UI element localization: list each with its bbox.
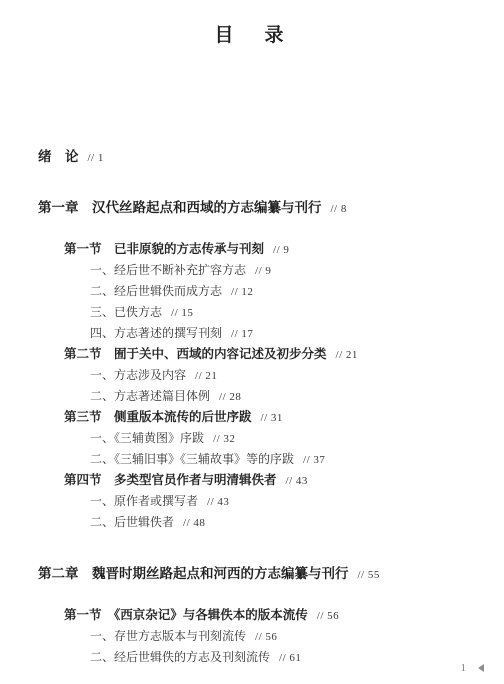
- page-title: 目 录: [0, 0, 504, 47]
- toc-entry-label: 绪 论: [38, 149, 79, 164]
- toc-entry-label: 一、原作者或撰写者: [90, 494, 198, 508]
- toc-entry-section: 第二节 囿于关中、西域的内容记述及初步分类// 21: [64, 347, 504, 362]
- toc-entry-label: 第三节 侧重版本流传的后世序跋: [64, 410, 252, 424]
- toc-entry-item: 一、存世方志版本与刊刻流传// 56: [90, 629, 504, 644]
- toc-entry-label: 一、方志涉及内容: [90, 368, 186, 382]
- toc-page: 目 录 绪 论// 1第一章 汉代丝路起点和西域的方志编纂与刊行// 8第一节 …: [0, 0, 504, 684]
- toc-list: 绪 论// 1第一章 汉代丝路起点和西域的方志编纂与刊行// 8第一节 已非原貌…: [0, 149, 504, 665]
- toc-entry-label: 一、存世方志版本与刊刻流传: [90, 629, 246, 643]
- toc-entry-label: 二、经后世辑佚而成方志: [90, 284, 222, 298]
- toc-entry-page-number: // 8: [331, 203, 347, 215]
- toc-entry-page-number: // 43: [286, 475, 308, 487]
- toc-entry-item: 一、方志涉及内容// 21: [90, 368, 504, 383]
- toc-entry-item: 四、方志著述的撰写刊刻// 17: [90, 326, 504, 341]
- toc-entry-label: 二、后世辑佚者: [90, 515, 174, 529]
- toc-entry-page-number: // 37: [303, 454, 325, 466]
- toc-entry-chapter: 绪 论// 1: [38, 149, 504, 164]
- toc-entry-page-number: // 9: [255, 265, 271, 277]
- folio-page-number: 1: [461, 662, 467, 674]
- toc-entry-label: 第一节 《西京杂记》与各辑佚本的版本流传: [64, 608, 308, 622]
- toc-entry-label: 三、已佚方志: [90, 305, 162, 319]
- toc-entry-item: 二、方志著述篇目体例// 28: [90, 389, 504, 404]
- toc-entry-page-number: // 15: [171, 307, 193, 319]
- toc-entry-page-number: // 21: [336, 349, 358, 361]
- toc-entry-item: 二、《三辅旧事》《三辅故事》等的序跋// 37: [90, 452, 504, 467]
- toc-entry-item: 一、经后世不断补充扩容方志// 9: [90, 263, 504, 278]
- toc-entry-label: 第二章 魏晋时期丝路起点和河西的方志编纂与刊行: [38, 566, 349, 581]
- toc-entry-item: 一、《三辅黄图》序跋// 32: [90, 431, 504, 446]
- toc-entry-page-number: // 9: [273, 244, 289, 256]
- toc-entry-label: 第一节 已非原貌的方志传承与刊刻: [64, 242, 264, 256]
- toc-entry-page-number: // 61: [279, 652, 301, 664]
- toc-entry-label: 一、《三辅黄图》序跋: [90, 431, 204, 445]
- toc-entry-item: 二、后世辑佚者// 48: [90, 515, 504, 530]
- toc-entry-item: 二、经后世辑佚而成方志// 12: [90, 284, 504, 299]
- toc-entry-label: 第二节 囿于关中、西域的内容记述及初步分类: [64, 347, 327, 361]
- toc-entry-label: 一、经后世不断补充扩容方志: [90, 263, 246, 277]
- toc-entry-item: 三、已佚方志// 15: [90, 305, 504, 320]
- toc-entry-chapter: 第一章 汉代丝路起点和西域的方志编纂与刊行// 8: [38, 200, 504, 215]
- toc-entry-item: 一、原作者或撰写者// 43: [90, 494, 504, 509]
- toc-entry-page-number: // 31: [261, 412, 283, 424]
- toc-entry-page-number: // 43: [207, 496, 229, 508]
- toc-entry-section: 第一节 《西京杂记》与各辑佚本的版本流传// 56: [64, 608, 504, 623]
- toc-entry-page-number: // 55: [358, 569, 380, 581]
- toc-entry-page-number: // 21: [195, 370, 217, 382]
- toc-entry-label: 二、方志著述篇目体例: [90, 389, 210, 403]
- toc-entry-label: 第四节 多类型官员作者与明清辑佚者: [64, 473, 277, 487]
- toc-entry-page-number: // 28: [219, 391, 241, 403]
- toc-entry-page-number: // 48: [183, 517, 205, 529]
- toc-entry-chapter: 第二章 魏晋时期丝路起点和河西的方志编纂与刊行// 55: [38, 566, 504, 581]
- page-footer: 1: [461, 662, 485, 674]
- left-triangle-icon: [478, 664, 484, 672]
- toc-entry-label: 四、方志著述的撰写刊刻: [90, 326, 222, 340]
- toc-entry-page-number: // 17: [231, 328, 253, 340]
- toc-entry-section: 第一节 已非原貌的方志传承与刊刻// 9: [64, 242, 504, 257]
- toc-entry-label: 二、经后世辑佚的方志及刊刻流传: [90, 650, 270, 664]
- toc-entry-label: 第一章 汉代丝路起点和西域的方志编纂与刊行: [38, 200, 322, 215]
- toc-entry-page-number: // 56: [317, 610, 339, 622]
- toc-entry-page-number: // 32: [213, 433, 235, 445]
- toc-entry-item: 二、经后世辑佚的方志及刊刻流传// 61: [90, 650, 504, 665]
- toc-entry-page-number: // 56: [255, 631, 277, 643]
- toc-entry-section: 第三节 侧重版本流传的后世序跋// 31: [64, 410, 504, 425]
- toc-entry-page-number: // 12: [231, 286, 253, 298]
- toc-entry-section: 第四节 多类型官员作者与明清辑佚者// 43: [64, 473, 504, 488]
- toc-entry-label: 二、《三辅旧事》《三辅故事》等的序跋: [90, 452, 294, 466]
- toc-entry-page-number: // 1: [88, 152, 104, 164]
